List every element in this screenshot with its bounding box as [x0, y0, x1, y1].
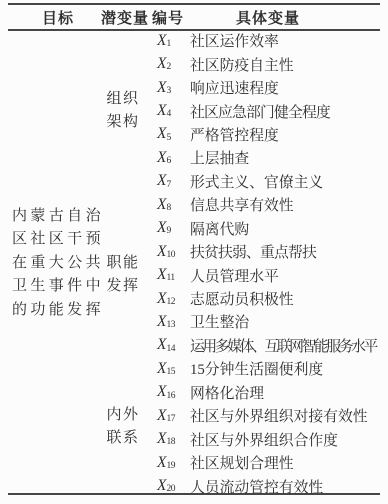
code-subscript: 4	[166, 110, 170, 120]
item-code-x12: X12	[146, 287, 190, 310]
code-subscript: 20	[166, 485, 175, 495]
item-variable: 形式主义、官僚主义	[190, 170, 380, 193]
code-subscript: 8	[166, 204, 170, 214]
item-variable: 运用多媒体、互联网智能服务水平	[190, 334, 380, 357]
item-code-x4: X4	[146, 99, 190, 122]
code-base: X	[157, 383, 166, 401]
code-base: X	[157, 149, 166, 167]
code-base: X	[157, 336, 166, 354]
item-code-x16: X16	[146, 381, 190, 404]
code-subscript: 14	[166, 345, 175, 355]
latent-label-line: 职能	[106, 252, 139, 276]
item-variable: 网格化治理	[190, 381, 380, 404]
code-subscript: 11	[166, 274, 174, 284]
code-base: X	[157, 477, 166, 495]
variables-table: 目标 潜变量 编号 具体变量 内蒙古自治 区社区干预 在重大公共 卫生事件中 的…	[8, 3, 380, 495]
code-base: X	[157, 32, 166, 50]
code-subscript: 6	[166, 157, 170, 167]
item-code-x6: X6	[146, 146, 190, 169]
latent-group-organizational-structure: 组织 架构	[104, 29, 142, 193]
code-subscript: 1	[166, 40, 170, 50]
code-subscript: 7	[166, 181, 170, 191]
item-variable: 隔离代购	[190, 217, 380, 240]
latent-group-internal-external-relations: 内外 联系	[104, 357, 142, 498]
code-subscript: 5	[166, 134, 170, 144]
code-base: X	[157, 290, 166, 308]
item-variable: 15分钟生活圈便利度	[190, 357, 380, 380]
goal-line: 的功能发挥	[12, 299, 104, 323]
code-subscript: 13	[166, 321, 175, 331]
code-base: X	[157, 243, 166, 261]
item-code-x9: X9	[146, 217, 190, 240]
item-code-x18: X18	[146, 427, 190, 450]
latent-label-line: 架构	[106, 111, 139, 135]
code-subscript: 15	[166, 368, 175, 378]
latent-label-line: 联系	[106, 427, 139, 451]
code-base: X	[157, 196, 166, 214]
code-subscript: 16	[166, 392, 175, 402]
item-code-x17: X17	[146, 404, 190, 427]
item-code-x13: X13	[146, 310, 190, 333]
code-base: X	[157, 454, 166, 472]
item-variable: 扶贫扶弱、重点帮扶	[190, 240, 380, 263]
code-base: X	[157, 219, 166, 237]
code-base: X	[157, 360, 166, 378]
item-variable: 社区防疫自主性	[190, 52, 380, 75]
item-code-x8: X8	[146, 193, 190, 216]
header-rule	[8, 29, 380, 31]
col-header-variable: 具体变量	[190, 5, 380, 29]
goal-line: 在重大公共	[12, 252, 104, 276]
item-variable: 响应迅速程度	[190, 76, 380, 99]
item-code-x14: X14	[146, 334, 190, 357]
code-base: X	[157, 266, 166, 284]
code-subscript: 2	[166, 63, 170, 73]
goal-line: 卫生事件中	[12, 275, 104, 299]
code-subscript: 19	[166, 462, 175, 472]
col-header-code: 编号	[146, 5, 190, 29]
item-variable: 信息共享有效性	[190, 193, 380, 216]
code-base: X	[157, 172, 166, 190]
item-variable: 社区与外界组织合作度	[190, 427, 380, 450]
goal-cell: 内蒙古自治 区社区干预 在重大公共 卫生事件中 的功能发挥	[8, 29, 108, 498]
code-subscript: 3	[166, 87, 170, 97]
latent-label-line: 内外	[106, 404, 139, 428]
goal-line: 区社区干预	[12, 228, 104, 252]
item-code-x15: X15	[146, 357, 190, 380]
item-variable: 社区应急部门健全程度	[190, 99, 380, 122]
latent-label-line: 组织	[106, 88, 139, 112]
item-variable: 志愿动员积极性	[190, 287, 380, 310]
item-variable: 人员流动管控有效性	[190, 474, 380, 497]
item-variable: 人员管理水平	[190, 263, 380, 286]
item-code-x7: X7	[146, 170, 190, 193]
item-variable: 卫生整治	[190, 310, 380, 333]
item-variable: 严格管控程度	[190, 123, 380, 146]
item-code-x5: X5	[146, 123, 190, 146]
code-subscript: 10	[166, 251, 175, 261]
code-base: X	[157, 313, 166, 331]
item-code-x10: X10	[146, 240, 190, 263]
code-base: X	[157, 407, 166, 425]
item-code-x20: X20	[146, 474, 190, 497]
item-code-x2: X2	[146, 52, 190, 75]
code-subscript: 18	[166, 438, 175, 448]
item-variable: 社区与外界组织对接有效性	[190, 404, 380, 427]
item-code-x11: X11	[146, 263, 190, 286]
code-base: X	[157, 430, 166, 448]
goal-line: 内蒙古自治	[12, 205, 104, 229]
item-code-x19: X19	[146, 451, 190, 474]
code-base: X	[157, 55, 166, 73]
col-header-latent: 潜变量	[106, 5, 144, 29]
code-base: X	[157, 79, 166, 97]
col-header-goal: 目标	[8, 5, 108, 29]
item-variable: 上层抽查	[190, 146, 380, 169]
latent-label-line: 发挥	[106, 275, 139, 299]
code-subscript: 12	[166, 298, 175, 308]
item-variable: 社区规划合理性	[190, 451, 380, 474]
item-code-x1: X1	[146, 29, 190, 52]
code-base: X	[157, 102, 166, 120]
item-code-x3: X3	[146, 76, 190, 99]
code-base: X	[157, 125, 166, 143]
item-variable: 社区运作效率	[190, 29, 380, 52]
code-subscript: 17	[166, 415, 175, 425]
latent-group-function-performance: 职能 发挥	[104, 193, 142, 357]
code-subscript: 9	[166, 227, 170, 237]
